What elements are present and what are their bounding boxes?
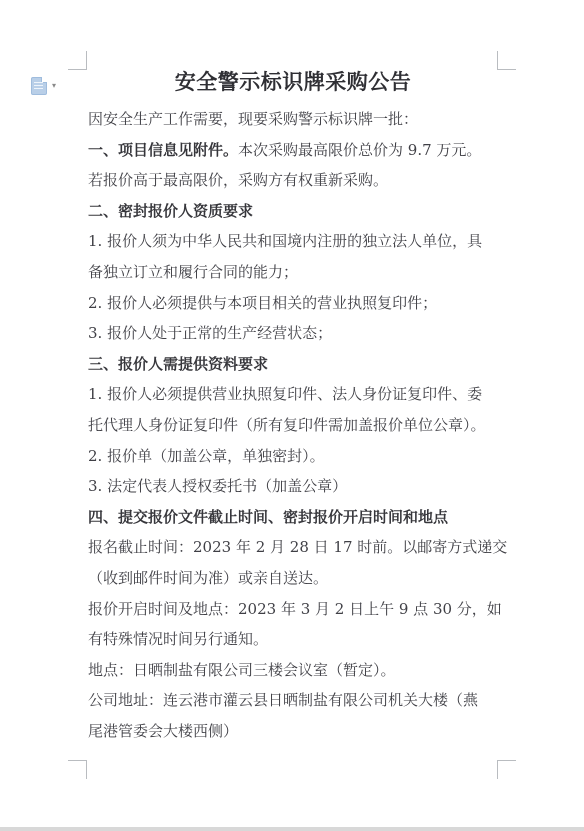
text-run: 若报价高于最高限价，采购方有权重新采购。 xyxy=(88,171,388,189)
paragraph: 二、密封报价人资质要求 xyxy=(88,196,498,227)
text-run: 托代理人身份证复印件（所有复印件需加盖报价单位公章）。 xyxy=(88,416,486,434)
margin-crop-mark-bottom-left xyxy=(68,760,87,779)
text-line: 二、密封报价人资质要求 xyxy=(88,196,498,227)
text-line: 地点：日晒制盐有限公司三楼会议室（暂定）。 xyxy=(88,655,498,686)
paragraph: 地点：日晒制盐有限公司三楼会议室（暂定）。 xyxy=(88,655,498,686)
paragraph: 3. 法定代表人授权委托书（加盖公章） xyxy=(88,471,498,502)
text-line: （收到邮件时间为准）或亲自送达。 xyxy=(88,563,498,594)
text-line: 三、报价人需提供资料要求 xyxy=(88,349,498,380)
text-run: 尾港管委会大楼西侧） xyxy=(88,722,238,740)
text-run: 报名截止时间：2023 年 2 月 28 日 17 时前。以邮寄方式递交 xyxy=(88,538,507,556)
text-line: 3. 法定代表人授权委托书（加盖公章） xyxy=(88,471,498,502)
paragraph: 三、报价人需提供资料要求 xyxy=(88,349,498,380)
text-run: 1. 报价人必须提供营业执照复印件、法人身份证复印件、委 xyxy=(88,385,482,403)
document-title: 安全警示标识牌采购公告 xyxy=(88,60,498,104)
text-run: 一、项目信息见附件。 xyxy=(88,141,238,159)
paragraph: 一、项目信息见附件。本次采购最高限价总价为 9.7 万元。若报价高于最高限价，采… xyxy=(88,135,498,196)
text-line: 1. 报价人必须提供营业执照复印件、法人身份证复印件、委 xyxy=(88,379,498,410)
paragraph: 1. 报价人须为中华人民共和国境内注册的独立法人单位，具备独立订立和履行合同的能… xyxy=(88,226,498,287)
text-line: 报名截止时间：2023 年 2 月 28 日 17 时前。以邮寄方式递交 xyxy=(88,532,498,563)
text-line: 3. 报价人处于正常的生产经营状态； xyxy=(88,318,498,349)
paragraph: 1. 报价人必须提供营业执照复印件、法人身份证复印件、委托代理人身份证复印件（所… xyxy=(88,379,498,440)
text-run: 备独立订立和履行合同的能力； xyxy=(88,263,298,281)
margin-crop-mark-top-right xyxy=(497,51,516,70)
text-line: 报价开启时间及地点：2023 年 3 月 2 日上午 9 点 30 分，如 xyxy=(88,594,498,625)
text-run: 有特殊情况时间另行通知。 xyxy=(88,630,268,648)
text-line: 公司地址：连云港市灌云县日晒制盐有限公司机关大楼（燕 xyxy=(88,685,498,716)
margin-crop-mark-bottom-right xyxy=(497,760,516,779)
margin-crop-mark-top-left xyxy=(68,51,87,70)
paste-options-button[interactable]: ▾ xyxy=(31,75,65,97)
paragraph: 四、提交报价文件截止时间、密封报价开启时间和地点 xyxy=(88,502,498,533)
text-line: 托代理人身份证复印件（所有复印件需加盖报价单位公章）。 xyxy=(88,410,498,441)
text-line: 2. 报价人必须提供与本项目相关的营业执照复印件； xyxy=(88,288,498,319)
word-page: ▾ 安全警示标识牌采购公告 因安全生产工作需要，现要采购警示标识牌一批：一、项目… xyxy=(0,0,584,831)
document-content: 安全警示标识牌采购公告 因安全生产工作需要，现要采购警示标识牌一批：一、项目信息… xyxy=(88,60,498,746)
text-line: 一、项目信息见附件。本次采购最高限价总价为 9.7 万元。 xyxy=(88,135,498,166)
text-line: 尾港管委会大楼西侧） xyxy=(88,716,498,747)
text-run: 1. 报价人须为中华人民共和国境内注册的独立法人单位，具 xyxy=(88,232,482,250)
text-run: 报价开启时间及地点：2023 年 3 月 2 日上午 9 点 30 分，如 xyxy=(88,600,502,618)
clipboard-paste-icon xyxy=(31,77,47,95)
text-line: 1. 报价人须为中华人民共和国境内注册的独立法人单位，具 xyxy=(88,226,498,257)
text-line: 2. 报价单（加盖公章，单独密封）。 xyxy=(88,441,498,472)
page-bottom-edge xyxy=(0,827,584,831)
chevron-down-icon[interactable]: ▾ xyxy=(52,82,56,90)
text-run: 公司地址：连云港市灌云县日晒制盐有限公司机关大楼（燕 xyxy=(88,691,478,709)
text-run: 3. 法定代表人授权委托书（加盖公章） xyxy=(88,477,347,495)
text-run: 二、密封报价人资质要求 xyxy=(88,202,253,220)
text-run: 2. 报价人必须提供与本项目相关的营业执照复印件； xyxy=(88,294,437,312)
document-body: 因安全生产工作需要，现要采购警示标识牌一批：一、项目信息见附件。本次采购最高限价… xyxy=(88,104,498,746)
paragraph: 2. 报价人必须提供与本项目相关的营业执照复印件； xyxy=(88,288,498,319)
text-run: 因安全生产工作需要，现要采购警示标识牌一批： xyxy=(88,110,418,128)
text-line: 有特殊情况时间另行通知。 xyxy=(88,624,498,655)
paragraph: 2. 报价单（加盖公章，单独密封）。 xyxy=(88,441,498,472)
text-line: 因安全生产工作需要，现要采购警示标识牌一批： xyxy=(88,104,498,135)
paragraph: 报名截止时间：2023 年 2 月 28 日 17 时前。以邮寄方式递交（收到邮… xyxy=(88,532,498,593)
paragraph: 因安全生产工作需要，现要采购警示标识牌一批： xyxy=(88,104,498,135)
text-run: 地点：日晒制盐有限公司三楼会议室（暂定）。 xyxy=(88,661,396,679)
text-run: 本次采购最高限价总价为 9.7 万元。 xyxy=(238,141,481,159)
text-run: 3. 报价人处于正常的生产经营状态； xyxy=(88,324,332,342)
text-line: 四、提交报价文件截止时间、密封报价开启时间和地点 xyxy=(88,502,498,533)
paragraph: 报价开启时间及地点：2023 年 3 月 2 日上午 9 点 30 分，如有特殊… xyxy=(88,594,498,655)
text-run: （收到邮件时间为准）或亲自送达。 xyxy=(88,569,328,587)
text-line: 若报价高于最高限价，采购方有权重新采购。 xyxy=(88,165,498,196)
text-run: 三、报价人需提供资料要求 xyxy=(88,355,268,373)
text-run: 四、提交报价文件截止时间、密封报价开启时间和地点 xyxy=(88,508,448,526)
paragraph: 公司地址：连云港市灌云县日晒制盐有限公司机关大楼（燕尾港管委会大楼西侧） xyxy=(88,685,498,746)
paragraph: 3. 报价人处于正常的生产经营状态； xyxy=(88,318,498,349)
text-run: 2. 报价单（加盖公章，单独密封）。 xyxy=(88,447,325,465)
text-line: 备独立订立和履行合同的能力； xyxy=(88,257,498,288)
